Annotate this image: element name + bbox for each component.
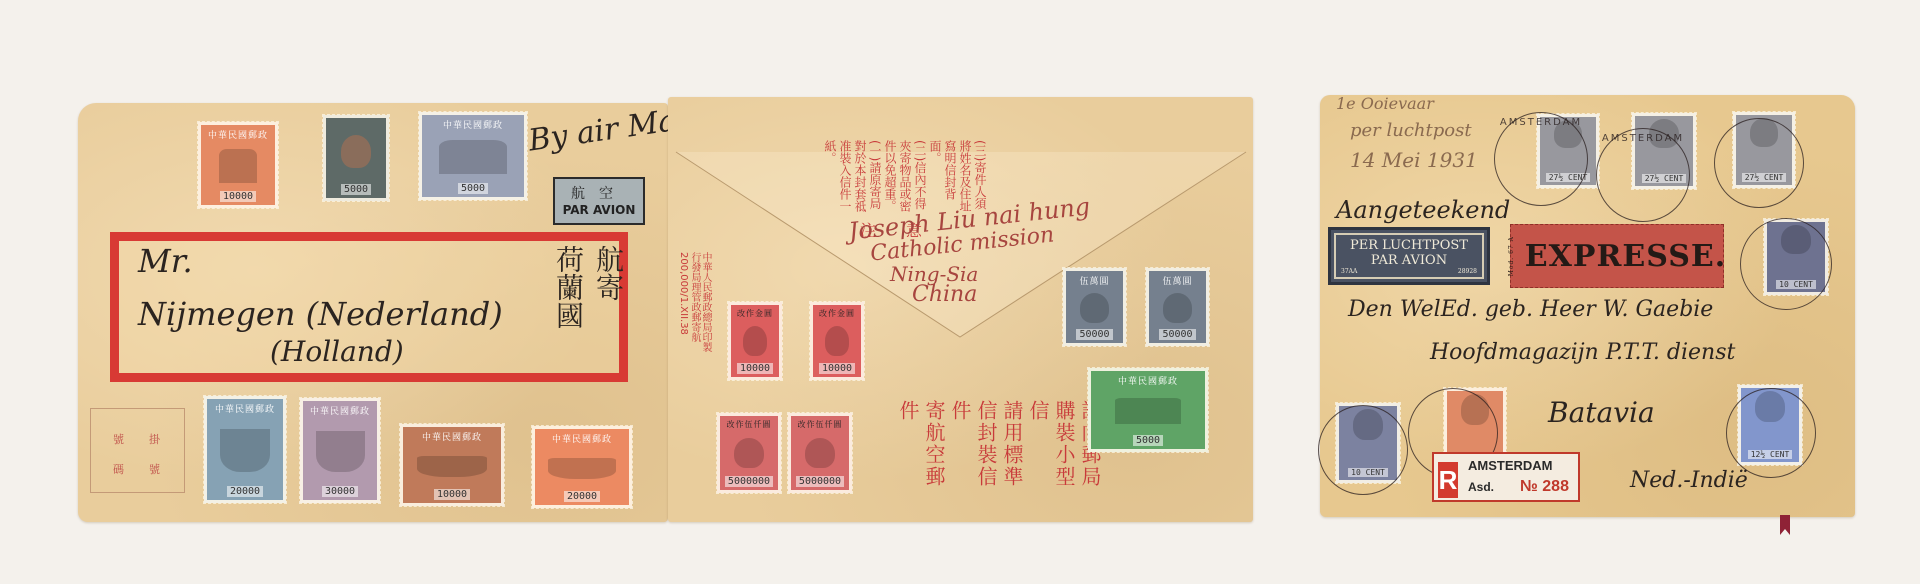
stamp-12-5-cent: 12½ CENT xyxy=(1738,385,1802,465)
printer-imprint: 中華人民郵政總局印製 行發局理管政郵寄航 200,000/1.XII.38 xyxy=(678,252,711,352)
express-label: Mod. 67 A EXPRESSE. xyxy=(1510,224,1724,288)
portrait-icon xyxy=(1080,293,1109,323)
stamp-surcharge-red-1: 改作金圓 10000 xyxy=(728,302,782,380)
stamp-27-5-cent-2: 27½ CENT xyxy=(1632,113,1696,189)
portrait-icon xyxy=(341,135,372,168)
queen-portrait-icon xyxy=(1755,391,1785,422)
ribbon-tab xyxy=(1780,515,1790,535)
queen-portrait-icon xyxy=(1781,225,1811,254)
addressee-line3-dutch: Batavia xyxy=(1548,396,1655,429)
instructions-note-block: (三)寄件人須將姓名及住址寫明信封背面。 (二)信內不得夾寄物品或密件以免超重。… xyxy=(822,140,987,215)
registered-note: Aangeteekend xyxy=(1336,196,1510,224)
ship-icon xyxy=(220,429,270,472)
stamp-50000-slate-1: 伍萬圓 50000 xyxy=(1063,268,1126,346)
addressee-salutation: Mr. xyxy=(138,242,193,280)
addressee-line1: Nijmegen (Nederland) xyxy=(138,295,503,333)
stamp-surcharge-red-2: 改作金圓 10000 xyxy=(810,302,864,380)
addressee-line2-dutch: Hoofdmagazijn P.T.T. dienst xyxy=(1430,340,1735,365)
registration-label: R AMSTERDAM Asd. № 288 xyxy=(1432,452,1580,502)
stamp-20000-ship-blue: 中華民國郵政 20000 xyxy=(204,396,286,503)
addressee-line4-dutch: Ned.-Indië xyxy=(1630,468,1748,493)
building-icon xyxy=(439,140,508,174)
queen-portrait-icon xyxy=(1649,119,1679,148)
stamp-10000-orange: 中華民國郵政 10000 xyxy=(198,122,278,208)
portrait-icon xyxy=(1163,293,1192,323)
stamp-5000000-red-1: 改作伍仟圓 5000000 xyxy=(717,413,781,493)
stamp-20000-steamer-orange: 中華民國郵政 20000 xyxy=(532,426,632,508)
stamp-5000-portrait: 5000 xyxy=(323,115,389,201)
registration-box: 掛 號 號 碼 xyxy=(90,408,185,493)
red-instructions: 請向郵局購裝小型信 請用標準信封裝信件 寄航空郵件 xyxy=(895,400,1103,490)
addressee-chinese-country: 荷蘭國 xyxy=(548,245,588,329)
building-icon xyxy=(219,149,258,182)
addressee-chinese-airmail: 航寄 xyxy=(588,245,628,301)
addressee-line2: (Holland) xyxy=(270,335,404,368)
queen-portrait-icon xyxy=(1750,118,1779,147)
portrait-icon xyxy=(734,438,764,469)
airmail-label-luchtpost: PER LUCHTPOST PAR AVION 37AA 28928 xyxy=(1328,227,1490,285)
stamp-50000-slate-2: 伍萬圓 50000 xyxy=(1146,268,1209,346)
addressee-line1-dutch: Den WelEd. geb. Heer W. Gaebie xyxy=(1348,297,1713,322)
sender-line4: China xyxy=(912,282,977,307)
stamp-10000-steamer-brown: 中華民國郵政 10000 xyxy=(400,424,504,506)
flight-note-line3: 14 Mei 1931 xyxy=(1350,148,1478,172)
flight-note-line2: per luchtpost xyxy=(1350,120,1472,141)
stamp-30000-ship-purple: 中華民國郵政 30000 xyxy=(300,398,380,503)
flight-note-line1: 1e Ooievaar xyxy=(1336,94,1434,113)
stamp-5000-green-constitution: 中華民國郵政 5000 xyxy=(1088,368,1208,452)
portrait-icon xyxy=(743,326,767,356)
building-icon xyxy=(1115,398,1181,423)
portrait-icon xyxy=(825,326,849,356)
stamp-10-cent-left: 10 CENT xyxy=(1336,403,1400,483)
stamp-27-5-cent-1: 27½ CENT xyxy=(1537,114,1599,188)
queen-portrait-icon xyxy=(1353,409,1383,440)
stamp-27-5-cent-3: 27½ CENT xyxy=(1733,112,1795,188)
ship-icon xyxy=(316,431,365,473)
steamship-icon xyxy=(548,458,616,479)
steamship-icon xyxy=(417,456,488,477)
stamp-5000000-red-2: 改作伍仟圓 5000000 xyxy=(788,413,852,493)
stamp-5000-blue: 中華民國郵政 5000 xyxy=(419,112,527,200)
stamp-10-cent-right: 10 CENT xyxy=(1764,219,1828,295)
airmail-label-par-avion: 航空 PAR AVION xyxy=(553,177,645,225)
queen-portrait-icon xyxy=(1461,394,1490,425)
portrait-icon xyxy=(805,438,835,469)
queen-portrait-icon xyxy=(1554,120,1583,148)
